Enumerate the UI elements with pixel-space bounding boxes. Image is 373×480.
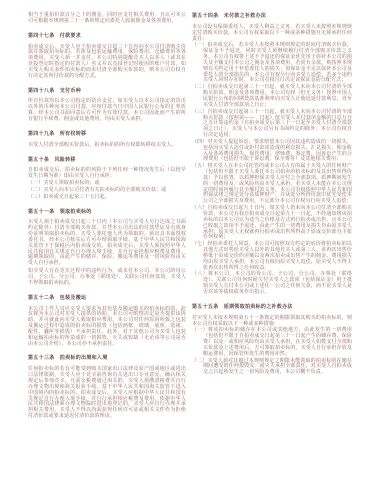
article-heading: 第五十条 风险转移 <box>28 158 186 164</box>
document-page: 相当于重拍价款百分之十的佣金，同时应支付相关费用，且认可本公司可根据本规则第二十… <box>0 0 373 480</box>
article-heading: 第四十七条 付款要求 <box>28 34 186 40</box>
list-item: （二）买受人须对其超过本规则规定之期限未能领取的拍卖标的在储存期间遭受的任何损毁… <box>192 359 352 377</box>
paragraph: 拍卖成交后，买受人应于拍卖成交日起三十日内向本公司付清购买价款并领取拍卖标的。若… <box>28 45 186 80</box>
list-item: （五）将买受人在本公司托管的或本公司占有的属于买受人的任何财产（包括但不限于买受… <box>192 164 352 205</box>
list-item: （八）将本公司、本公司的母公司、子公司、分公司、办事处（联络处）、关联公司任何时… <box>192 272 352 295</box>
list-item: （二）自拍卖成交日起第三十一日起，就买受人未向本公司付清的全部购买价款、佣金及各… <box>192 85 352 108</box>
list-item: （四）对买受人提起诉讼，要求赔偿本公司因其违约造成的一切损失，包括因买受人迟付或… <box>192 140 352 163</box>
article-heading: 第五十二条 包装及搬运 <box>28 296 186 302</box>
article-heading: 第五十三条 拍卖标的出境和入境 <box>28 356 186 362</box>
list-item: （三）拍卖成交日起第三十五日起。 <box>28 195 186 201</box>
paragraph: 如买受人有在竞买过程中的违约行为，或未付本公司、本公司的母公司、子公司、分公司、… <box>28 269 186 287</box>
list-item: （三）自拍卖成交日起第三十一日起，就买受人未向本公司付清的全部购买价款（按照第—… <box>192 110 352 139</box>
paragraph: 任何拍卖标的若有可能受到购买国家出口法律及原产国或地区或进出口法律限制，买受人应… <box>28 367 186 420</box>
list-item: （六）自拍卖成交日起九十日内，如买受人仍未向本公司付清全部购买价款，本公司有权自… <box>192 206 352 241</box>
article-heading: 第五十一条 领取拍卖标的 <box>28 210 186 216</box>
paragraph: 若买受人未按本规则第五十一条规定的期限领取其购买的拍卖标的，则本公司有权采取以下… <box>192 316 352 328</box>
paragraph: 买受人付清全部购买价款后，拍卖标的的所有权即转移给买受人。 <box>28 143 186 149</box>
left-column: 相当于重拍价款百分之十的佣金，同时应支付相关费用，且认可本公司可根据本规则第二十… <box>28 13 186 421</box>
paragraph: 买受人须于拍卖成交日起三十日内（本公司与买受人另行达成之书面约定除外）付清全部购… <box>28 220 186 267</box>
right-column: 第五十四条 未付款之补救办法本公司设有保障委托人、买受人利益之义务。若买受人未按… <box>192 13 352 377</box>
article-heading: 第四十八条 支付币种 <box>28 89 186 95</box>
list-item: （一）买受人领取拍卖标的；或 <box>28 181 186 187</box>
article-heading: 第五十四条 未付款之补救办法 <box>192 14 352 20</box>
article-heading: 第四十九条 所有权转移 <box>28 132 186 138</box>
article-heading: 第五十五条 延期领取拍卖标的之补救办法 <box>192 305 352 311</box>
list-item: （二）买受人向本公司付清有关拍卖标的的全部购买价款；或 <box>28 188 186 194</box>
paragraph: 相当于重拍价款百分之十的佣金，同时应支付相关费用，且认可本公司可根据本规则第二十… <box>28 13 186 25</box>
paragraph: 本公司设有保障委托人、买受人利益之义务。若买受人未按照本规则规定付清购买价款，本… <box>192 25 352 43</box>
paragraph: 自拍卖成交后，拍卖标的的风险于下列任何一种情况发生后（以较早发生日期为准）即由买… <box>28 168 186 180</box>
list-item: （一）将该拍卖标的储存在本公司或其他地方，由此发生的一切费用（包括但不限于自拍卖… <box>192 328 352 357</box>
list-item: （一）拍卖成交后，若买受人未按照本规则规定的时间付清购买价款，保证金不予退还，同… <box>192 43 352 84</box>
paragraph: 所有价款均以本公司指定的货币支付。如买受人以本公司指定的货币以外的币种向本公司付… <box>28 99 186 122</box>
list-item: （七）经拍卖委托人同意，本公司可按照双方约定的底价将拍卖标的以其他方式出售给买受… <box>192 242 352 271</box>
paragraph: 本公司工作人员应买受人要求为其包装及搬运购买的拍卖标的的，此仅视为本公司对买受人… <box>28 307 186 348</box>
